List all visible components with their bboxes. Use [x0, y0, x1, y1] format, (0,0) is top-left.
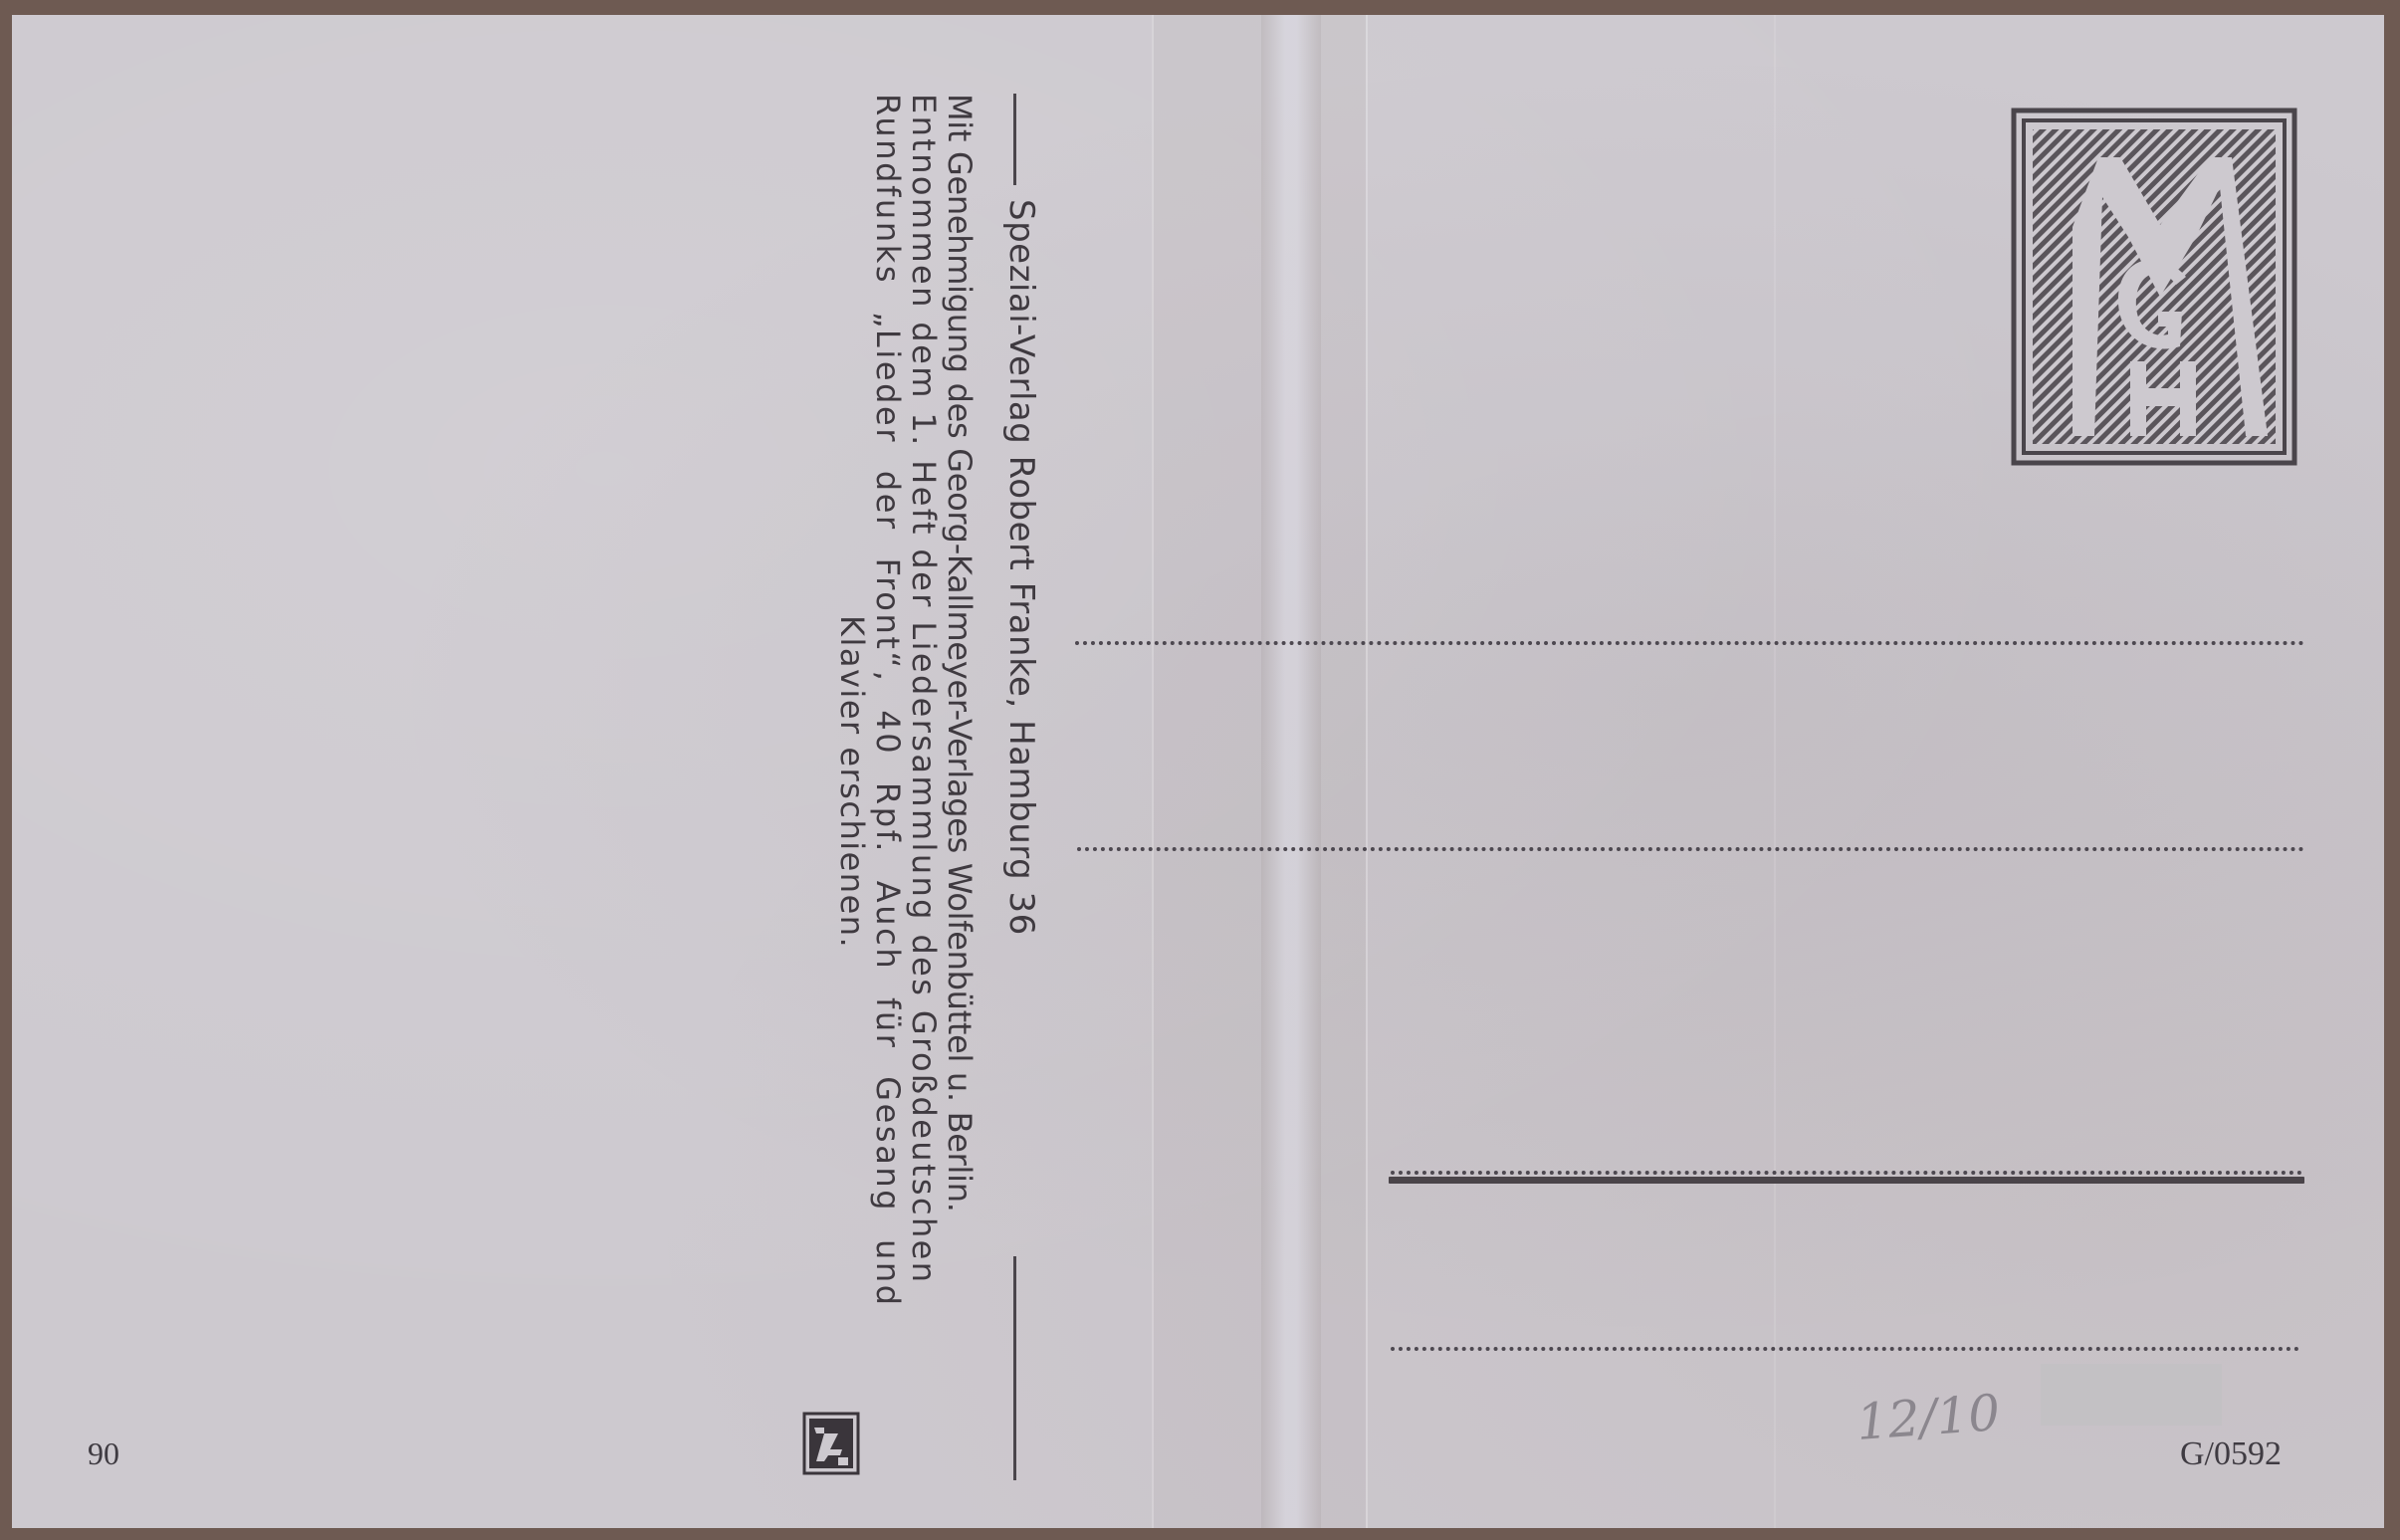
credit-line-1: Mit Genehmigung des Georg-Kallmeyer-Verl…: [941, 94, 979, 1212]
address-line-3: [1391, 1171, 2302, 1175]
publisher-line: Speziai-Verlag Robert Franke, Hamburg 36: [1001, 199, 1041, 936]
address-line-2: [1077, 847, 2304, 851]
sleeve-shade: [1152, 15, 1366, 1528]
card-number: 90: [88, 1435, 119, 1472]
handwritten-note: 12/10: [1855, 1384, 2002, 1451]
credit-line-3: Rundfunks „Lieder der Front“, 40 Rpf. Au…: [869, 94, 907, 1308]
address-line-4: [1391, 1347, 2299, 1351]
publisher-rule-bottom: [1013, 1256, 1016, 1480]
center-fold: [1261, 15, 1321, 1528]
stamp-box-logo-icon: [2011, 108, 2297, 466]
address-underline-bar: [1389, 1177, 2304, 1184]
redacted-area: [2041, 1364, 2222, 1426]
address-line-1: [1075, 641, 2304, 645]
credit-line-2: Entnommen dem 1. Heft der Liedersammlung…: [905, 94, 943, 1284]
sleeve-edge-far: [1774, 15, 1776, 1528]
catalog-number: G/0592: [2180, 1435, 2282, 1473]
sleeve-edge-right: [1366, 15, 1368, 1528]
publisher-mark-icon: [802, 1412, 860, 1475]
publisher-rule-top: [1013, 94, 1016, 185]
credit-line-4: Klavier erschienen.: [833, 615, 871, 949]
sleeve-edge-left: [1152, 15, 1154, 1528]
